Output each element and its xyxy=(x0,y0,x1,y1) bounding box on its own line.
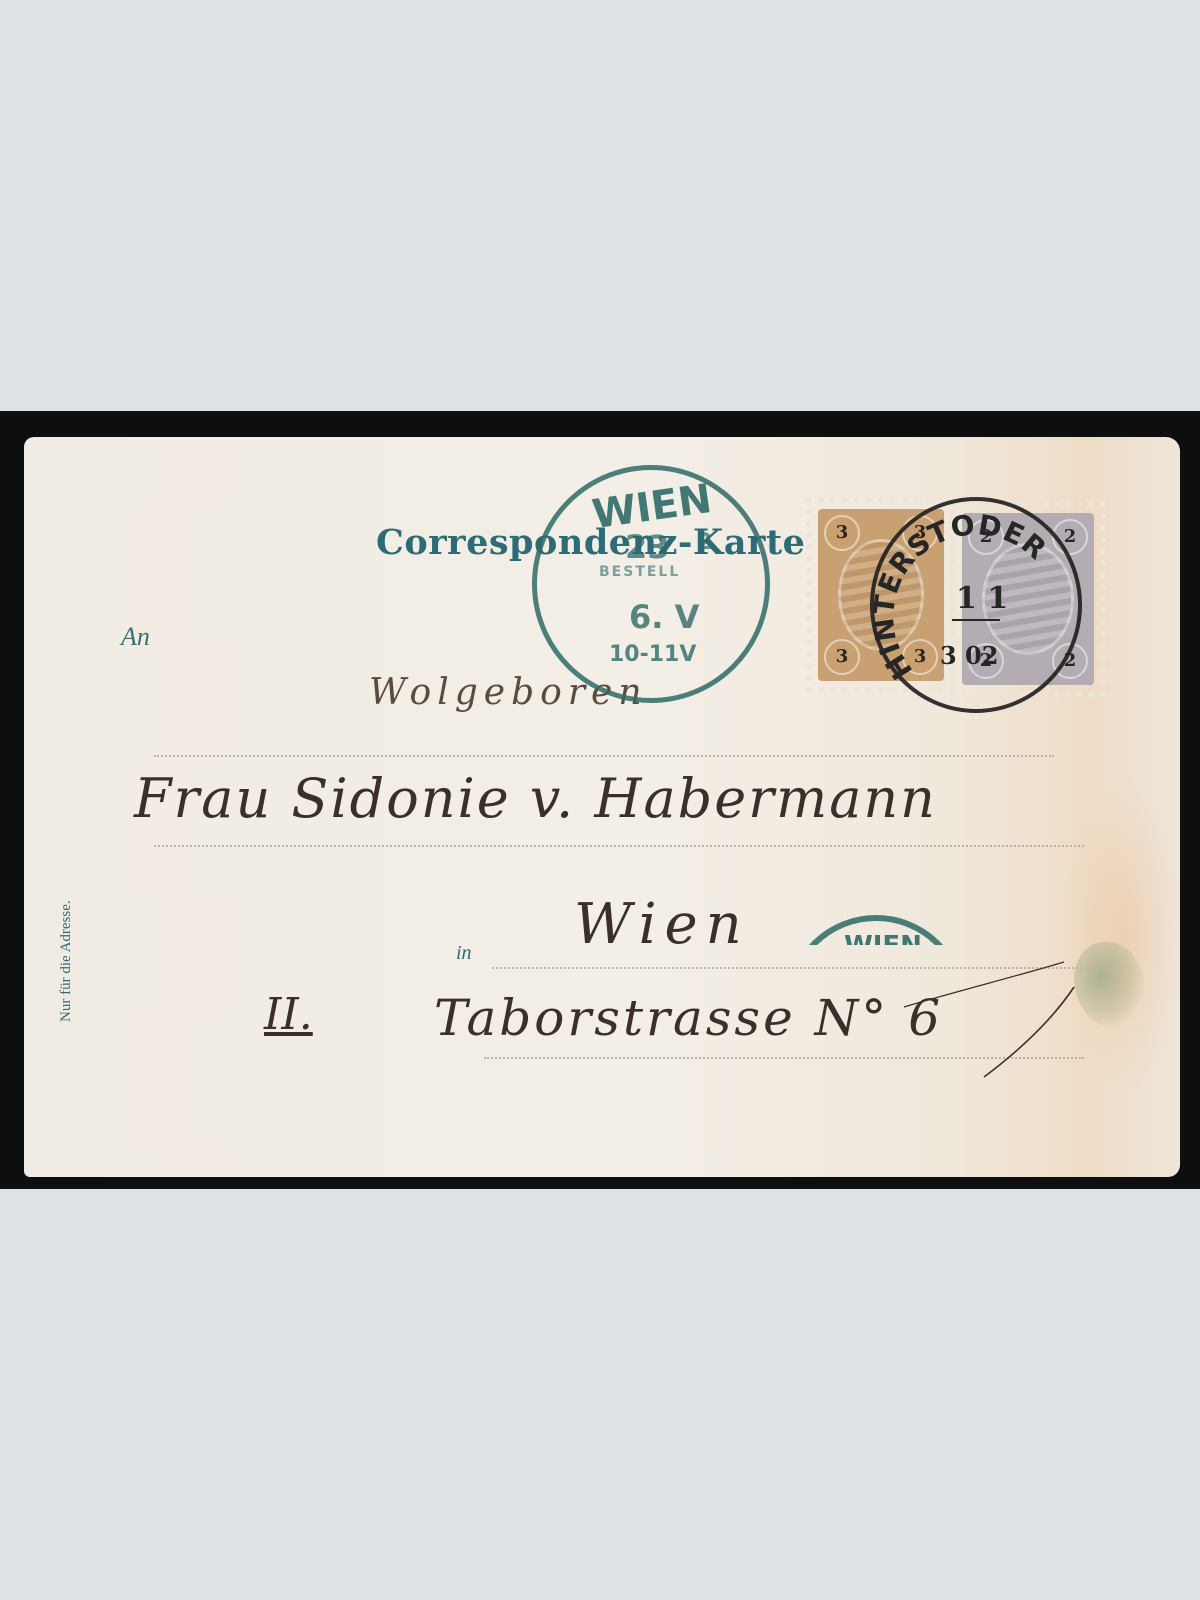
handwritten-district: II. xyxy=(264,989,313,1040)
postcard: Correspondenz-Karte An Nur für die Adres… xyxy=(24,437,1180,1177)
address-line-1 xyxy=(154,755,1054,757)
postmark-day: 23 xyxy=(625,528,670,566)
postmark-city: WIEN xyxy=(828,931,938,961)
side-note: Nur für die Adresse. xyxy=(58,900,75,1022)
stamp-value: 3 xyxy=(824,515,860,551)
postmark-hinterstoder: HINTERSTODER 1 1 3 02 xyxy=(870,497,1082,713)
postmark-year: 3 02 xyxy=(940,641,998,670)
handwritten-street: Taborstrasse N° 6 xyxy=(434,989,943,1047)
postmark-divider xyxy=(952,619,1000,621)
address-line-2 xyxy=(154,845,1084,847)
postmark-day: 1 1 xyxy=(956,581,1008,616)
city-prefix: in xyxy=(456,942,472,965)
postmark-line2: BESTELL xyxy=(599,564,680,580)
paper-stain xyxy=(1064,777,1180,1097)
address-prefix: An xyxy=(121,622,150,652)
address-line-4 xyxy=(484,1057,1084,1059)
postmark-time: 10-11V xyxy=(609,642,696,667)
postmark-wien: WIEN 23 2 BESTELL 6. V 10-11V xyxy=(532,465,770,703)
postmark-month: 6. V xyxy=(629,598,699,636)
handwritten-recipient: Frau Sidonie v. Habermann xyxy=(134,767,937,830)
stamp-value: 3 xyxy=(824,639,860,675)
address-line-3 xyxy=(492,967,1082,969)
handwritten-city: Wien xyxy=(574,892,750,957)
postmark-district: 2 xyxy=(697,530,712,555)
